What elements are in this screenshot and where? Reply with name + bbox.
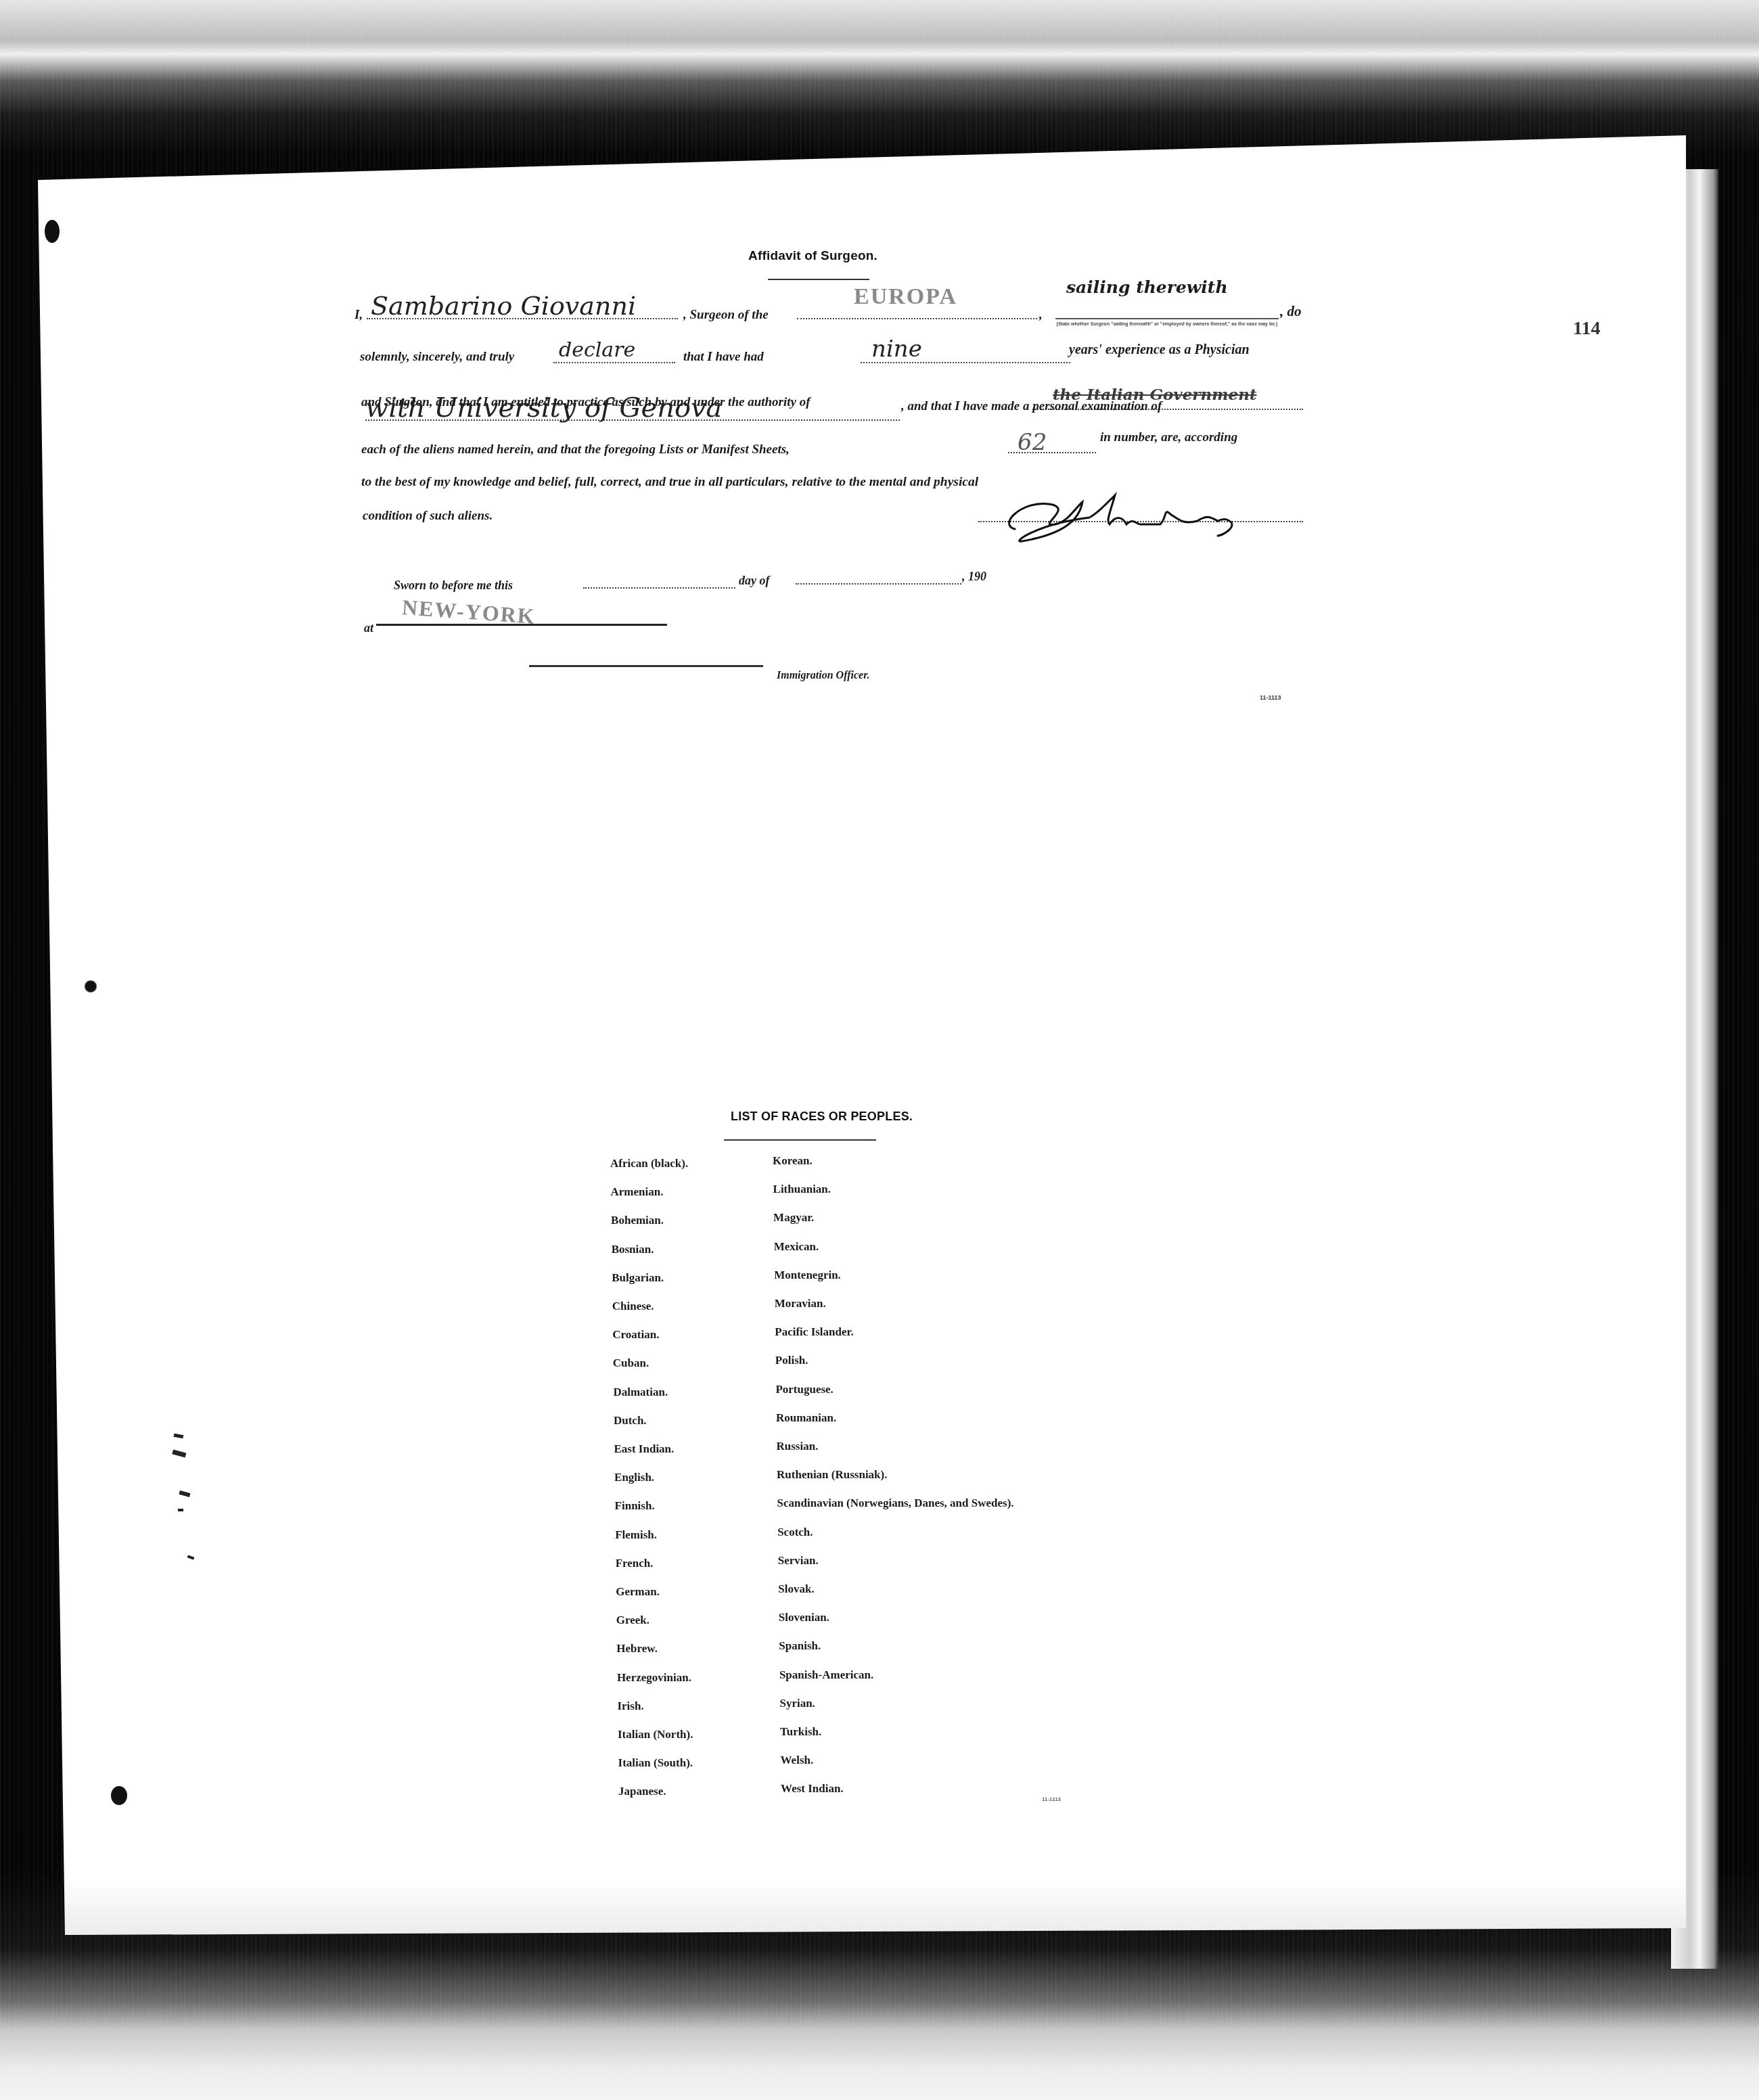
race-list-item: Portuguese. <box>775 1383 833 1396</box>
race-list-item: Dalmatian. <box>613 1386 668 1399</box>
race-list-item: Hebrew. <box>616 1642 658 1656</box>
margin-pencil-marks <box>166 1421 206 1705</box>
declare-handwritten: declare <box>559 338 635 362</box>
condition-text: condition of such aliens. <box>363 509 493 524</box>
binder-hole-icon <box>111 1786 127 1805</box>
binder-hole-icon <box>84 980 97 993</box>
affidavit-title: Affidavit of Surgeon. <box>748 249 877 264</box>
surgeon-name-handwritten: Sambarino Giovanni <box>371 291 636 321</box>
race-list-item: West Indian. <box>781 1782 844 1796</box>
surgeon-of-the-label: , Surgeon of the <box>683 308 769 323</box>
race-list-item: Japanese. <box>618 1785 666 1798</box>
race-list-item: Roumanian. <box>776 1411 836 1425</box>
race-list-item: Scandinavian (Norwegians, Danes, and Swe… <box>777 1497 1014 1510</box>
race-list-item: Ruthenian (Russniak). <box>777 1468 887 1482</box>
physician-experience-label: years' experience as a Physician <box>1069 342 1250 358</box>
race-list-item: Mexican. <box>774 1240 819 1254</box>
document-page <box>38 135 1686 1935</box>
race-list-item: Slovenian. <box>779 1611 829 1624</box>
race-list-item: Spanish. <box>779 1639 821 1653</box>
list-form-number: 11-1113 <box>1042 1796 1061 1802</box>
race-list-item: Magyar. <box>773 1211 814 1225</box>
declare-field <box>553 362 675 363</box>
knowledge-belief-text: to the best of my knowledge and belief, … <box>361 475 978 490</box>
ship-name-field <box>797 318 1037 319</box>
at-label: at <box>364 621 373 635</box>
race-list-item: Cuban. <box>613 1356 649 1370</box>
race-list-item: German. <box>616 1585 660 1599</box>
sworn-day-field <box>583 587 735 589</box>
capacity-typed: sailing therewith <box>1066 277 1228 297</box>
race-list-item: Welsh. <box>781 1754 814 1767</box>
race-list-item: Polish. <box>775 1354 808 1367</box>
race-list-item: African (black). <box>610 1157 688 1170</box>
capacity-field <box>1055 318 1279 319</box>
day-of-label: day of <box>739 574 769 588</box>
race-list-item: Chinese. <box>612 1300 654 1313</box>
race-list-item: Italian (South). <box>618 1756 693 1770</box>
years-handwritten: nine <box>871 336 922 363</box>
affidavit-i: I, <box>355 308 363 323</box>
i-have-had-label: that I have had <box>683 350 764 365</box>
race-list-item: Irish. <box>617 1699 643 1713</box>
race-list-item: Bohemian. <box>611 1214 664 1227</box>
race-list-item: Bulgarian. <box>612 1271 664 1285</box>
year-label: , 190 <box>962 570 986 584</box>
race-list-item: Dutch. <box>614 1414 647 1428</box>
race-list-item: Italian (North). <box>618 1728 693 1741</box>
comma: , <box>1039 308 1043 323</box>
solemnly-label: solemnly, sincerely, and truly <box>360 350 514 365</box>
sheets-count-handwritten: 62 <box>1018 429 1047 456</box>
race-list-item: Moravian. <box>775 1297 826 1310</box>
race-list-item: Bosnian. <box>612 1243 654 1256</box>
race-list-item: Croatian. <box>612 1328 659 1342</box>
authority-handwritten: with University of Genova <box>365 392 722 424</box>
race-list-item: Flemish. <box>615 1528 657 1542</box>
race-list-item: Greek. <box>616 1614 649 1627</box>
race-list-item: Turkish. <box>780 1725 821 1739</box>
officer-signature-line <box>529 665 763 667</box>
race-list-item: Scotch. <box>777 1526 813 1539</box>
race-list-item: Servian. <box>778 1554 819 1568</box>
races-list-title: LIST OF RACES OR PEOPLES. <box>731 1110 913 1124</box>
title-underline <box>768 279 869 280</box>
do-label: , do <box>1280 303 1302 320</box>
race-list-item: Spanish-American. <box>779 1668 873 1682</box>
race-list-item: Armenian. <box>611 1185 664 1199</box>
in-number-label: in number, are, according <box>1100 430 1237 445</box>
signature-scrawl-icon <box>995 487 1285 548</box>
binder-hole-icon <box>45 220 60 243</box>
race-list-item: Herzegovinian. <box>617 1671 691 1685</box>
sworn-label: Sworn to before me this <box>394 578 513 593</box>
races-title-underline <box>724 1139 876 1141</box>
pencil-scribble-icon <box>166 1421 247 1705</box>
race-list-item: Korean. <box>773 1154 813 1168</box>
race-list-item: Finnish. <box>615 1499 655 1513</box>
personal-examination-label: , and that I have made a personal examin… <box>901 399 1162 414</box>
race-list-item: English. <box>614 1471 654 1484</box>
race-list-item: Pacific Islander. <box>775 1325 853 1339</box>
race-list-item: Syrian. <box>779 1697 815 1710</box>
race-list-item: Montenegrin. <box>774 1269 841 1282</box>
form-number: 11-1113 <box>1260 694 1281 701</box>
capacity-instruction-note: (State whether Surgeon "sailing therewit… <box>1055 321 1279 327</box>
ship-name-stamp: EUROPA <box>854 284 957 310</box>
immigration-officer-label: Immigration Officer. <box>777 670 870 682</box>
race-list-item: Slovak. <box>778 1582 814 1596</box>
race-list-item: Lithuanian. <box>773 1183 831 1196</box>
race-list-item: French. <box>616 1557 654 1570</box>
surgeon-signature <box>995 487 1285 551</box>
race-list-item: East Indian. <box>614 1442 675 1456</box>
sworn-month-field <box>796 583 961 585</box>
manifest-sheets-label: each of the aliens named herein, and tha… <box>361 442 790 457</box>
race-list-item: Russian. <box>777 1440 819 1453</box>
page-number: 114 <box>1573 318 1600 340</box>
